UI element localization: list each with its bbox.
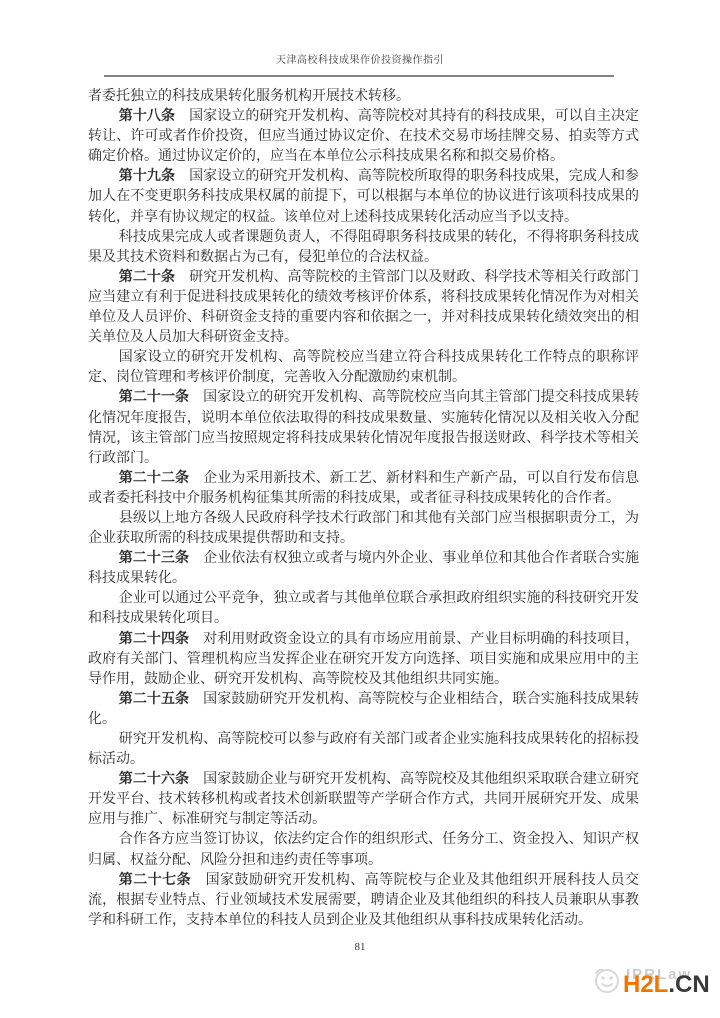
header-divider [104, 75, 614, 77]
paragraph: 研究开发机构、高等院校可以参与政府有关部门或者企业实施科技成果转化的招标投标活动… [88, 730, 639, 770]
article-number: 第二十六条 [119, 772, 189, 787]
watermark-brand: H2L.CN [623, 971, 710, 999]
article-number: 第二十五条 [119, 692, 189, 707]
paragraph: 第二十一条 国家设立的研究开发机构、高等院校应当向其主管部门提交科技成果转化情况… [88, 388, 639, 468]
article-number: 第二十一条 [119, 390, 189, 405]
paragraph: 第二十条 研究开发机构、高等院校的主管部门以及财政、科学技术等相关行政部门应当建… [88, 268, 639, 348]
watermark: IPRLaw H2L.CN [590, 960, 718, 1008]
document-body: 者委托独立的科技成果转化服务机构开展技术转移。第十八条 国家设立的研究开发机构、… [88, 87, 639, 931]
paragraph: 第二十四条 对利用财政资金设立的具有市场应用前景、产业目标明确的科技项目，政府有… [88, 630, 639, 690]
paragraph: 县级以上地方各级人民政府科学技术行政部门和其他有关部门应当根据职责分工，为企业获… [88, 509, 639, 549]
paragraph: 企业可以通过公平竞争，独立或者与其他单位联合承担政府组织实施的科技研究开发和科技… [88, 589, 639, 629]
article-number: 第二十二条 [119, 471, 189, 486]
paragraph: 第二十六条 国家鼓励企业与研究开发机构、高等院校及其他组织采取联合建立研究开发平… [88, 770, 639, 830]
watermark-brand-cn: .CN [668, 971, 709, 998]
article-number: 第二十四条 [119, 632, 189, 647]
paragraph: 第二十七条 国家鼓励研究开发机构、高等院校与企业及其他组织开展科技人员交流，根据… [88, 871, 639, 931]
article-number: 第二十条 [119, 270, 175, 285]
smiley-logo-icon [592, 965, 622, 995]
paragraph: 第十八条 国家设立的研究开发机构、高等院校对其持有的科技成果，可以自主决定转让、… [88, 107, 639, 167]
article-number: 第十九条 [119, 169, 175, 184]
paragraph: 者委托独立的科技成果转化服务机构开展技术转移。 [88, 87, 639, 107]
page-header: 天津高校科技成果作价投资操作指引 [0, 51, 720, 66]
page-number: 81 [0, 941, 720, 953]
watermark-brand-h2l: H2L [623, 971, 668, 998]
article-number: 第二十七条 [119, 873, 191, 888]
paragraph: 第二十三条 企业依法有权独立或者与境内外企业、事业单位和其他合作者联合实施科技成… [88, 549, 639, 589]
paragraph: 第十九条 国家设立的研究开发机构、高等院校所取得的职务科技成果，完成人和参加人在… [88, 167, 639, 227]
paragraph: 第二十二条 企业为采用新技术、新工艺、新材料和生产新产品，可以自行发布信息或者委… [88, 469, 639, 509]
paragraph: 科技成果完成人或者课题负责人，不得阻碍职务科技成果的转化，不得将职务科技成果及其… [88, 228, 639, 268]
paragraph: 国家设立的研究开发机构、高等院校应当建立符合科技成果转化工作特点的职称评定、岗位… [88, 348, 639, 388]
paragraph: 第二十五条 国家鼓励研究开发机构、高等院校与企业相结合，联合实施科技成果转化。 [88, 690, 639, 730]
header-title: 天津高校科技成果作价投资操作指引 [276, 55, 444, 66]
article-number: 第二十三条 [119, 551, 189, 566]
paragraph: 合作各方应当签订协议，依法约定合作的组织形式、任务分工、资金投入、知识产权归属、… [88, 830, 639, 870]
article-number: 第十八条 [119, 109, 175, 124]
